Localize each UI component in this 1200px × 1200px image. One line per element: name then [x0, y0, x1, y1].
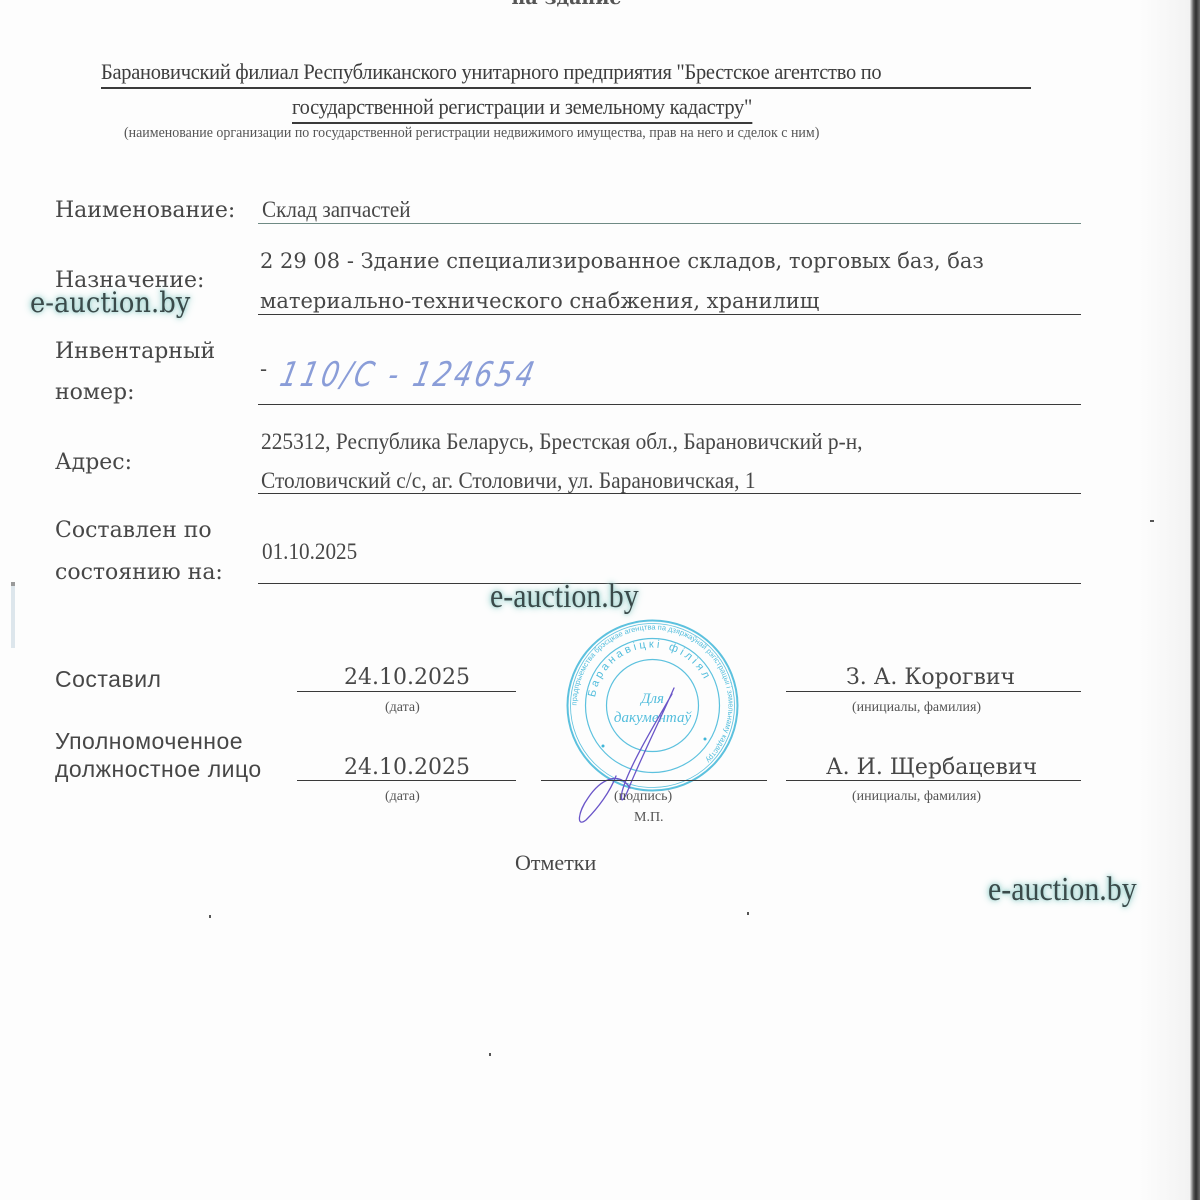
organization-caption: (наименование организации по государстве…	[124, 125, 819, 142]
authorized-label-line-2: должностное лицо	[55, 756, 262, 783]
scan-speck	[1150, 520, 1154, 522]
scan-artifact	[11, 582, 15, 648]
compiled-name: З. А. Корогвич	[846, 665, 1015, 690]
signature-underline	[541, 780, 767, 781]
watermark: e-auction.by	[988, 871, 1137, 909]
compiled-name-underline	[786, 691, 1081, 692]
scan-edge	[1190, 0, 1200, 1200]
authorized-date-caption: (дата)	[385, 789, 420, 805]
address-label: Адрес:	[55, 450, 132, 475]
compiled-date-caption: (дата)	[385, 700, 420, 716]
name-underline	[258, 223, 1081, 224]
purpose-value-line-1: 2 29 08 - Здание специализированное скла…	[260, 249, 984, 273]
scan-speck	[209, 915, 211, 918]
as-of-value: 01.10.2025	[262, 539, 357, 565]
authorized-name-underline	[786, 780, 1081, 781]
notes-heading: Отметки	[515, 850, 596, 876]
inventory-label-line-2: номер:	[55, 380, 135, 405]
name-label: Наименование:	[55, 198, 235, 223]
inventory-printed-prefix: -	[260, 357, 267, 381]
address-value-line-1: 225312, Республика Беларусь, Брестская о…	[261, 429, 863, 455]
scan-speck	[747, 912, 749, 915]
scan-shadow	[1140, 0, 1190, 1200]
compiled-name-caption: (инициалы, фамилия)	[852, 700, 981, 716]
authorized-date: 24.10.2025	[344, 755, 470, 780]
name-value: Склад запчастей	[262, 197, 411, 223]
address-underline	[258, 493, 1081, 494]
scan-speck	[489, 1053, 491, 1056]
address-value-line-2: Столовичский с/с, аг. Столовичи, ул. Бар…	[261, 468, 756, 494]
inventory-label-line-1: Инвентарный	[55, 339, 215, 364]
authorized-label-line-1: Уполномоченное	[55, 728, 243, 755]
organization-line-1: Барановичский филиал Республиканского ун…	[101, 58, 1031, 89]
signature	[570, 680, 680, 830]
signature-caption: (подпись)	[614, 789, 672, 805]
as-of-label-line-2: состоянию на:	[55, 560, 223, 585]
compiled-date-underline	[297, 691, 516, 692]
inventory-handwritten-number: 110/С - 124654	[276, 355, 540, 395]
authorized-name: А. И. Щербацевич	[826, 755, 1037, 780]
seal-caption: М.П.	[634, 810, 664, 826]
purpose-underline	[258, 314, 1081, 315]
watermark: e-auction.by	[30, 286, 190, 319]
as-of-label-line-1: Составлен по	[55, 518, 212, 543]
watermark: e-auction.by	[490, 578, 639, 616]
as-of-underline	[258, 583, 1081, 584]
purpose-value-line-2: материально-технического снабжения, хран…	[260, 289, 819, 313]
inventory-underline	[258, 404, 1081, 405]
compiled-date: 24.10.2025	[344, 665, 470, 690]
compiled-label: Составил	[55, 666, 161, 693]
authorized-date-underline	[297, 780, 516, 781]
organization-line-2: государственной регистрации и земельному…	[292, 93, 752, 124]
authorized-name-caption: (инициалы, фамилия)	[852, 789, 981, 805]
document-title: на здание	[0, 0, 1133, 9]
